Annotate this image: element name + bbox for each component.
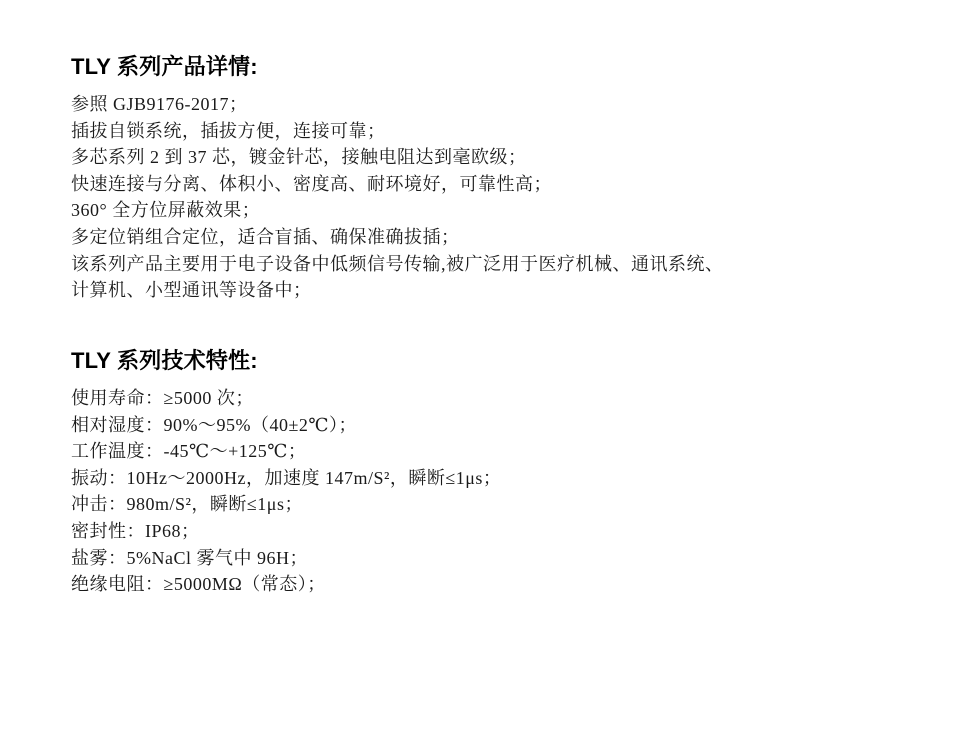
spec-line-temperature: 工作温度：-45℃～+125℃； (71, 438, 931, 465)
product-details-title: TLY 系列产品详情: (71, 53, 931, 81)
detail-line-quick-connect: 快速连接与分离、体积小、密度高、耐环境好，可靠性高； (71, 171, 931, 198)
technical-specs-title: TLY 系列技术特性: (71, 347, 931, 375)
detail-line-self-locking: 插拔自锁系统，插拔方便，连接可靠； (71, 118, 931, 145)
spec-line-vibration: 振动：10Hz～2000Hz，加速度 147m/S²，瞬断≤1μs； (71, 465, 931, 492)
detail-line-applications: 该系列产品主要用于电子设备中低频信号传输,被广泛用于医疗机械、通讯系统、 (71, 251, 931, 278)
technical-specs-section: TLY 系列技术特性: 使用寿命：≥5000 次； 相对湿度：90%～95%（4… (71, 347, 931, 598)
spec-line-service-life: 使用寿命：≥5000 次； (71, 385, 931, 412)
detail-line-multi-core: 多芯系列 2 到 37 芯，镀金针芯，接触电阻达到毫欧级； (71, 144, 931, 171)
spec-line-humidity: 相对湿度：90%～95%（40±2℃）； (71, 412, 931, 439)
detail-line-shielding: 360° 全方位屏蔽效果； (71, 197, 931, 224)
product-details-section: TLY 系列产品详情: 参照 GJB9176-2017； 插拔自锁系统，插拔方便… (71, 53, 931, 304)
spec-line-sealing: 密封性：IP68； (71, 518, 931, 545)
spec-line-salt-spray: 盐雾：5%NaCl 雾气中 96H； (71, 545, 931, 572)
technical-specs-list: 使用寿命：≥5000 次； 相对湿度：90%～95%（40±2℃）； 工作温度：… (71, 385, 931, 598)
detail-line-positioning: 多定位销组合定位，适合盲插、确保准确拔插； (71, 224, 931, 251)
detail-line-standard: 参照 GJB9176-2017； (71, 91, 931, 118)
spec-line-insulation: 绝缘电阻：≥5000MΩ（常态）； (71, 571, 931, 598)
spec-line-shock: 冲击：980m/S²，瞬断≤1μs； (71, 491, 931, 518)
product-details-list: 参照 GJB9176-2017； 插拔自锁系统，插拔方便，连接可靠； 多芯系列 … (71, 91, 931, 304)
detail-line-applications-cont: 计算机、小型通讯等设备中； (71, 277, 931, 304)
